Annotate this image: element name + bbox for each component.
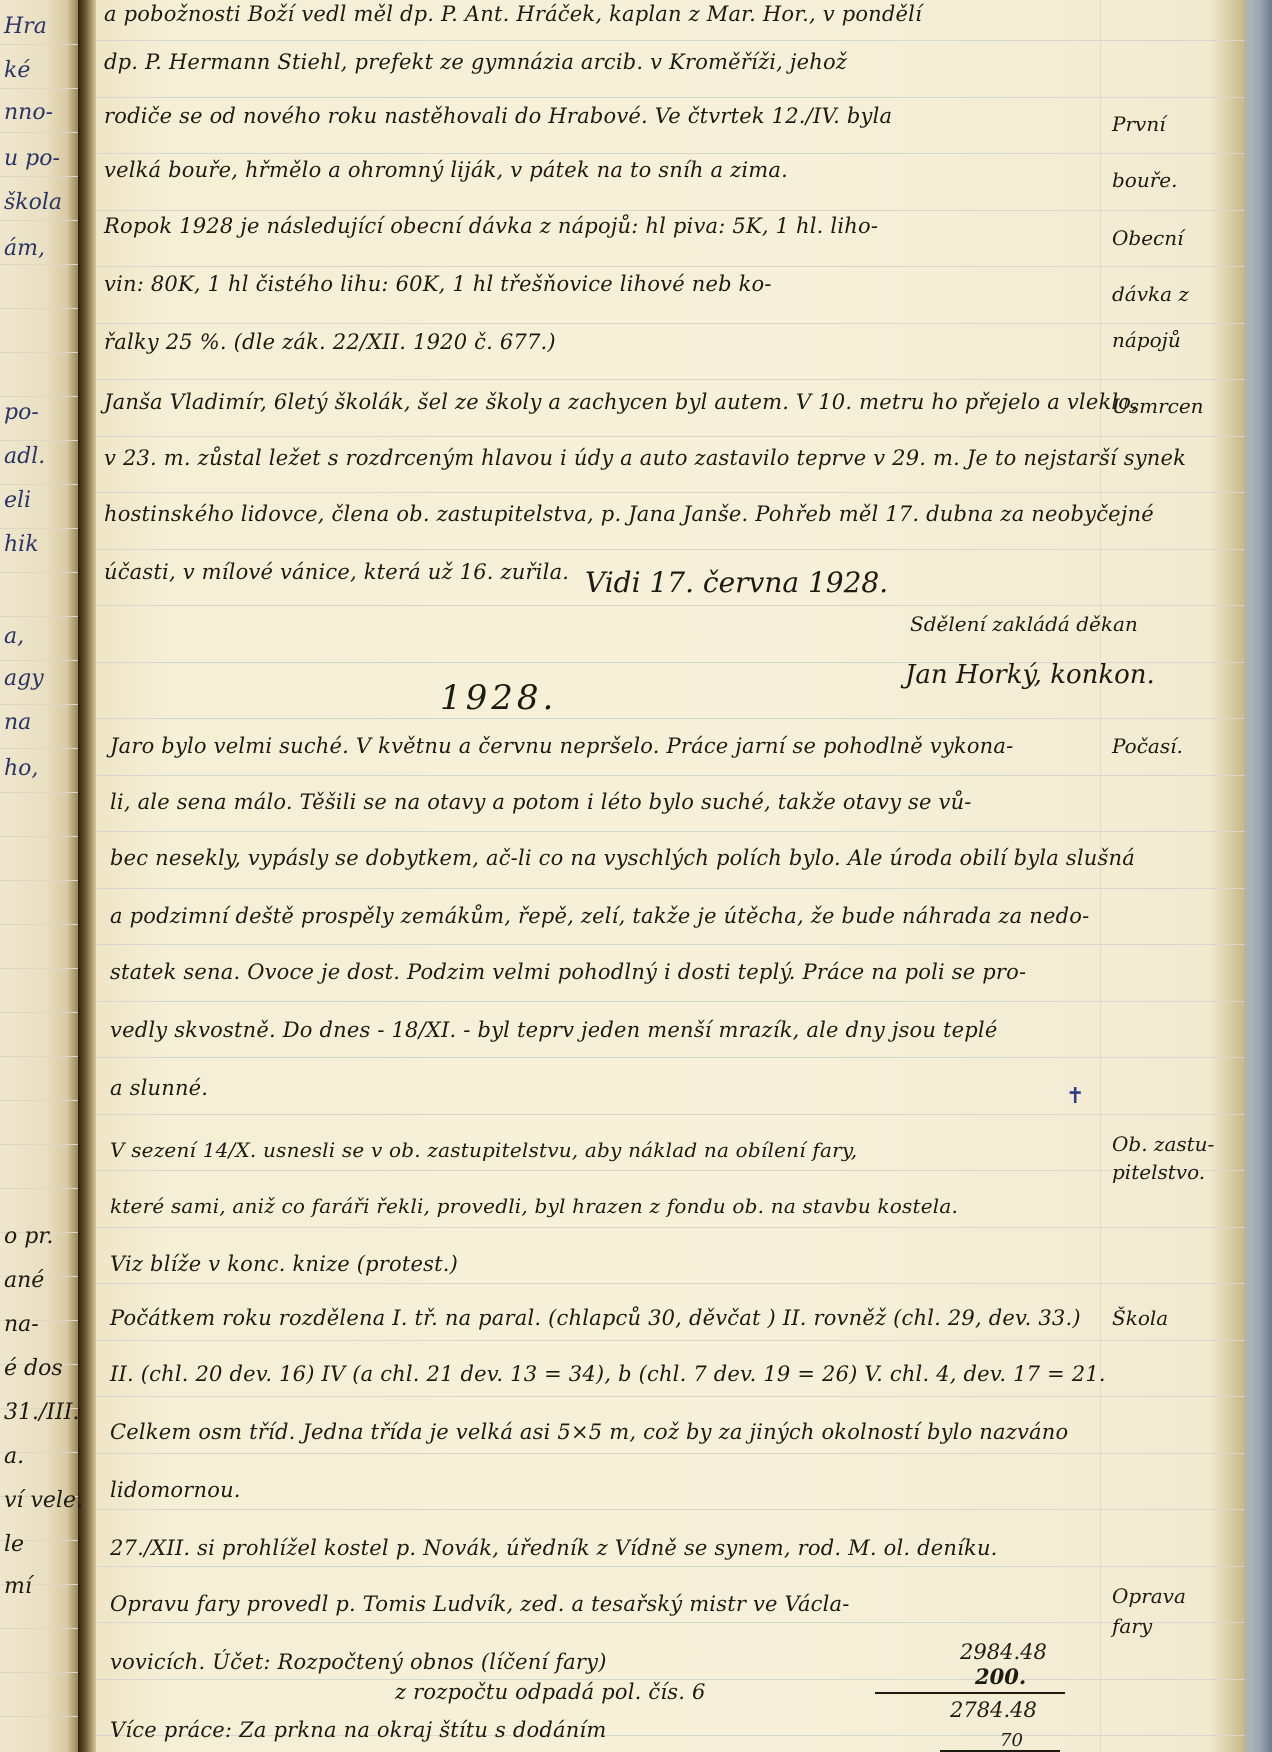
ruled-line <box>0 440 84 441</box>
margin-note: Ob. zastu- <box>1112 1132 1214 1156</box>
ruled-line <box>0 1716 84 1717</box>
ruled-line <box>96 266 1244 267</box>
ruled-line <box>0 704 84 705</box>
ruled-line <box>96 605 1244 606</box>
ruled-line <box>96 40 1244 41</box>
ruled-line <box>0 748 84 749</box>
handwritten-line: Ropok 1928 je následující obecní dávka z… <box>104 214 878 238</box>
handwritten-line-1928: které sami, aniž co faráři řekli, proved… <box>110 1194 958 1218</box>
handwritten-line-1928: Viz blíže v konc. knize (protest.) <box>110 1252 458 1276</box>
handwritten-line: hostinského lidovce, člena ob. zastupite… <box>104 502 1154 526</box>
ruled-line <box>96 775 1244 776</box>
ruled-line <box>0 88 84 89</box>
ruled-line <box>96 1622 1244 1623</box>
ruled-line <box>0 132 84 133</box>
ruled-line <box>96 1170 1244 1171</box>
ruled-line <box>0 220 84 221</box>
ruled-line <box>0 660 84 661</box>
ruled-line <box>0 484 84 485</box>
ruled-line <box>0 792 84 793</box>
left-page-fragment-text: ho, <box>4 756 38 781</box>
handwritten-line-1928: bec nesekly, vypásly se dobytkem, ač-li … <box>110 846 1135 870</box>
ruled-line <box>0 1012 84 1013</box>
margin-note: Oprava <box>1112 1584 1186 1608</box>
ruled-line <box>0 968 84 969</box>
ruled-line <box>96 1001 1244 1002</box>
ruled-line <box>96 888 1244 889</box>
year-heading: 1928. <box>440 678 557 718</box>
left-page-fragment-text: mí <box>4 1574 32 1599</box>
ruled-line <box>96 210 1244 211</box>
margin-note: První <box>1112 112 1166 136</box>
ruled-line <box>96 323 1244 324</box>
handwritten-line-1928: V sezení 14/X. usnesli se v ob. zastupit… <box>110 1138 857 1162</box>
margin-note: dávka z <box>1112 282 1189 306</box>
ruled-line <box>96 1340 1244 1341</box>
ruled-line <box>96 492 1244 493</box>
left-page-fragment-text: nno- <box>4 100 53 125</box>
signature-line-2: Jan Horký, konkon. <box>905 660 1155 690</box>
ruled-line <box>0 924 84 925</box>
left-page-fragment-text: na <box>4 710 31 735</box>
ruled-line <box>96 1566 1244 1567</box>
left-page-fragment-text: adl. <box>4 444 45 469</box>
cover-edge <box>1244 0 1272 1752</box>
ruled-line <box>96 436 1244 437</box>
ruled-line <box>0 1672 84 1673</box>
left-page-fragment-text: ané <box>4 1268 44 1293</box>
handwritten-line: účasti, v mílové vánice, která už 16. zu… <box>104 560 569 584</box>
ruled-line <box>0 264 84 265</box>
handwritten-line-1928: z rozpočtu odpadá pol. čís. 6 <box>395 1680 706 1704</box>
scanned-page: Hrakénno-u po-školaám,po-adl.elihika,agy… <box>0 0 1272 1752</box>
ruled-line <box>0 1056 84 1057</box>
ruled-line <box>96 1057 1244 1058</box>
margin-note: Počasí. <box>1112 734 1183 758</box>
ruled-line <box>96 1283 1244 1284</box>
handwritten-line-1928: statek sena. Ovoce je dost. Podzim velmi… <box>110 960 1026 984</box>
margin-note: bouře. <box>1112 168 1177 192</box>
ruled-line <box>0 1628 84 1629</box>
ruled-line <box>0 1188 84 1189</box>
left-page-fragment-text: agy <box>4 666 44 691</box>
left-page-fragment-text: eli <box>4 488 31 513</box>
margin-rule <box>1100 0 1101 1752</box>
ruled-line <box>0 616 84 617</box>
handwritten-line-1928: Více práce: Za prkna na okraj štítu s do… <box>110 1718 606 1742</box>
ruled-line <box>96 379 1244 380</box>
handwritten-line-1928: Celkem osm tříd. Jedna třída je velká as… <box>110 1420 1068 1444</box>
left-page-fragment-text: a. <box>4 1444 24 1469</box>
ruled-line <box>0 572 84 573</box>
handwritten-line-1928: Jaro bylo velmi suché. V květnu a červnu… <box>110 734 1013 758</box>
ruled-line <box>96 1114 1244 1115</box>
ruled-line <box>96 153 1244 154</box>
handwritten-line: velká bouře, hřmělo a ohromný liják, v p… <box>104 158 788 182</box>
handwritten-line: v 23. m. zůstal ležet s rozdrceným hlavo… <box>104 446 1186 470</box>
left-page-fragment-text: a, <box>4 624 24 649</box>
handwritten-line: vin: 80K, 1 hl čistého lihu: 60K, 1 hl t… <box>104 272 772 296</box>
left-page-fragment-text: ví vele. <box>4 1488 83 1513</box>
handwritten-line: a pobožnosti Boží vedl měl dp. P. Ant. H… <box>104 2 922 26</box>
handwritten-line-1928: II. (chl. 20 dev. 16) IV (a chl. 21 dev.… <box>110 1362 1106 1386</box>
left-page-fragment-text: é dos <box>4 1356 63 1381</box>
left-page-fragment-text: ám, <box>4 236 45 261</box>
margin-note: pitelstvo. <box>1112 1160 1205 1184</box>
left-page-fragment-text: Hra <box>4 14 47 39</box>
sum-bar <box>875 1692 1065 1694</box>
handwritten-line: dp. P. Hermann Stiehl, prefekt ze gymnáz… <box>104 50 847 74</box>
ruled-line <box>96 1227 1244 1228</box>
ruled-line <box>96 1509 1244 1510</box>
handwritten-line-1928: Počátkem roku rozdělena I. tř. na paral.… <box>110 1306 1081 1330</box>
ruled-line <box>96 97 1244 98</box>
ruled-line <box>96 831 1244 832</box>
handwritten-line-1928: a podzimní deště prospěly zemákům, řepě,… <box>110 904 1089 928</box>
margin-note: fary <box>1112 1614 1152 1638</box>
ruled-line <box>96 549 1244 550</box>
amount-subtotal: 2784.48 <box>950 1698 1037 1722</box>
handwritten-line: řalky 25 %. (dle zák. 22/XII. 1920 č. 67… <box>104 330 556 354</box>
ruled-line <box>0 352 84 353</box>
ruled-line <box>96 1453 1244 1454</box>
ruled-line <box>0 176 84 177</box>
left-page-fragment-text: u po- <box>4 146 60 171</box>
margin-note: nápojů <box>1112 328 1181 352</box>
handwritten-line-1928: lidomornou. <box>110 1478 241 1502</box>
ruled-line <box>0 836 84 837</box>
right-page <box>96 0 1244 1752</box>
handwritten-line-1928: a slunné. <box>110 1076 208 1100</box>
ruled-line <box>0 1144 84 1145</box>
ruled-line <box>0 44 84 45</box>
amount-budget: 2984.48 <box>960 1640 1047 1664</box>
ruled-line <box>0 1100 84 1101</box>
handwritten-line-1928: Opravu fary provedl p. Tomis Ludvík, zed… <box>110 1592 850 1616</box>
signature-line-1: Sdělení zakládá děkan <box>910 612 1138 636</box>
left-page-fragment-text: o pr. <box>4 1224 53 1249</box>
handwritten-line: rodiče se od nového roku nastěhovali do … <box>104 104 892 128</box>
ink-blot-mark: ✝ <box>1066 1084 1084 1109</box>
amount-extra: 70 <box>1000 1730 1023 1751</box>
left-page-fragment-text: na- <box>4 1312 39 1337</box>
ruled-line <box>0 308 84 309</box>
left-page-fragment-text: škola <box>4 190 62 215</box>
left-page-fragment-text: 31./III. <box>4 1400 79 1425</box>
margin-note: Usmrcen <box>1112 394 1204 418</box>
margin-note: Škola <box>1112 1306 1168 1330</box>
margin-note: Obecní <box>1112 226 1184 250</box>
date-line: Vidi 17. června 1928. <box>585 566 888 599</box>
left-page-fragment-text: hik <box>4 532 39 557</box>
left-page-fragment-text: le <box>4 1532 24 1557</box>
ruled-line <box>0 880 84 881</box>
ruled-line <box>96 1396 1244 1397</box>
left-page-fragment-text: po- <box>4 400 39 425</box>
handwritten-line-1928: 27./XII. si prohlížel kostel p. Novák, ú… <box>110 1536 998 1560</box>
amount-deduct: 200. <box>975 1664 1026 1689</box>
handwritten-line-1928: li, ale sena málo. Těšili se na otavy a … <box>110 790 972 814</box>
ruled-line <box>96 944 1244 945</box>
handwritten-line: Janša Vladimír, 6letý školák, šel ze ško… <box>104 390 1138 414</box>
ruled-line <box>96 718 1244 719</box>
ruled-line <box>0 396 84 397</box>
handwritten-line-1928: vedly skvostně. Do dnes - 18/XI. - byl t… <box>110 1018 997 1042</box>
ruled-line <box>0 528 84 529</box>
handwritten-line-1928: vovicích. Účet: Rozpočtený obnos (líčení… <box>110 1650 607 1674</box>
left-page-fragment-text: ké <box>4 58 30 83</box>
